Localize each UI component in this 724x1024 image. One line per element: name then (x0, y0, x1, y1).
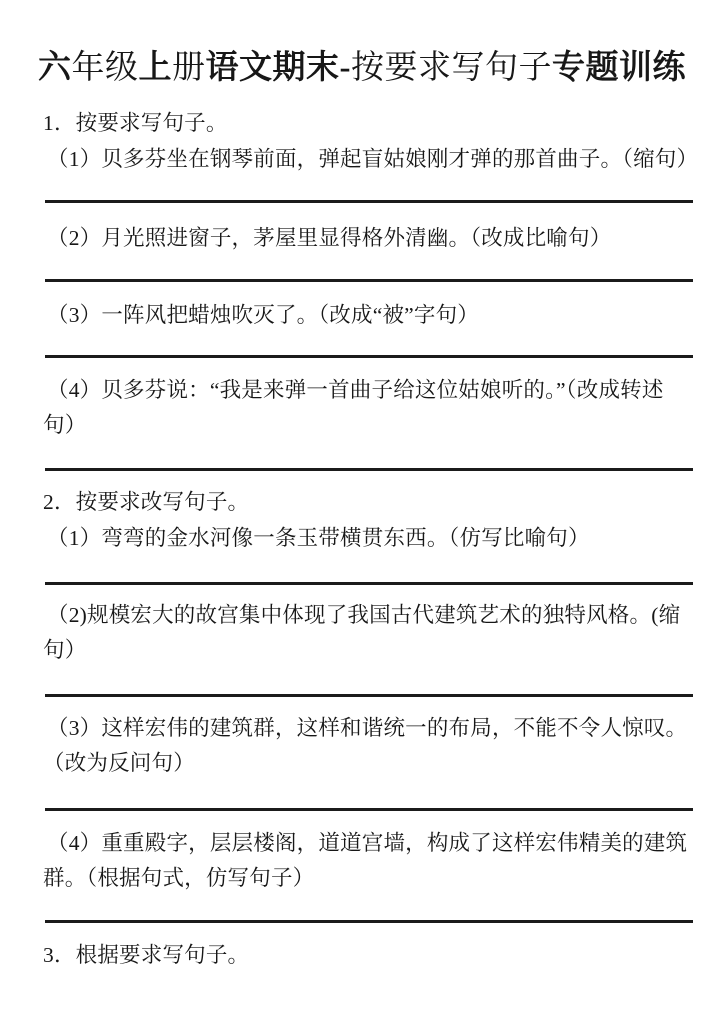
title-segment: 按要求写句子 (351, 50, 552, 86)
page-title: 六年级上册语文期末-按要求写句子专题训练 (0, 46, 724, 90)
answer-line (45, 694, 693, 697)
title-segment: 专题训练 (552, 50, 686, 86)
section-3-heading: 3．根据要求写句子。 (43, 942, 249, 969)
title-segment: 年级 (72, 50, 139, 86)
question-2-4-line-2: 群。（根据句式，仿写句子） (43, 865, 314, 892)
answer-line (45, 279, 693, 282)
title-segment: 语文期末- (206, 50, 352, 86)
question-1-1: （1）贝多芬坐在钢琴前面，弹起盲姑娘刚才弹的那首曲子。（缩句） (47, 146, 698, 173)
question-1-4-line-1: （4）贝多芬说：“我是来弹一首曲子给这位姑娘听的。”（改成转述 (47, 377, 664, 404)
question-1-3: （3）一阵风把蜡烛吹灭了。（改成“被”字句） (47, 302, 479, 329)
answer-line (45, 200, 693, 203)
question-2-2-line-2: 句） (43, 637, 86, 664)
title-segment: 上 (139, 50, 173, 86)
question-2-4-line-1: （4）重重殿字，层层楼阁，道道宫墙，构成了这样宏伟精美的建筑 (47, 830, 687, 857)
answer-line (45, 355, 693, 358)
question-2-1: （1）弯弯的金水河像一条玉带横贯东西。（仿写比喻句） (47, 525, 590, 552)
answer-line (45, 920, 693, 923)
question-2-2-line-1: （2)规模宏大的故宫集中体现了我国古代建筑艺术的独特风格。(缩 (47, 602, 680, 629)
question-2-3-line-2: （改为反问句） (43, 750, 195, 777)
section-1-heading: 1．按要求写句子。 (43, 110, 228, 137)
question-1-2: （2）月光照进窗子，茅屋里显得格外清幽。（改成比喻句） (47, 225, 611, 252)
answer-line (45, 582, 693, 585)
title-segment: 六 (38, 50, 72, 86)
answer-line (45, 808, 693, 811)
answer-line (45, 468, 693, 471)
worksheet-page: 六年级上册语文期末-按要求写句子专题训练 1．按要求写句子。 （1）贝多芬坐在钢… (0, 0, 724, 1024)
question-2-3-line-1: （3）这样宏伟的建筑群，这样和谐统一的布局，不能不令人惊叹。 (47, 715, 687, 742)
question-1-4-line-2: 句） (43, 412, 86, 439)
title-segment: 册 (172, 50, 206, 86)
section-2-heading: 2．按要求改写句子。 (43, 489, 249, 516)
